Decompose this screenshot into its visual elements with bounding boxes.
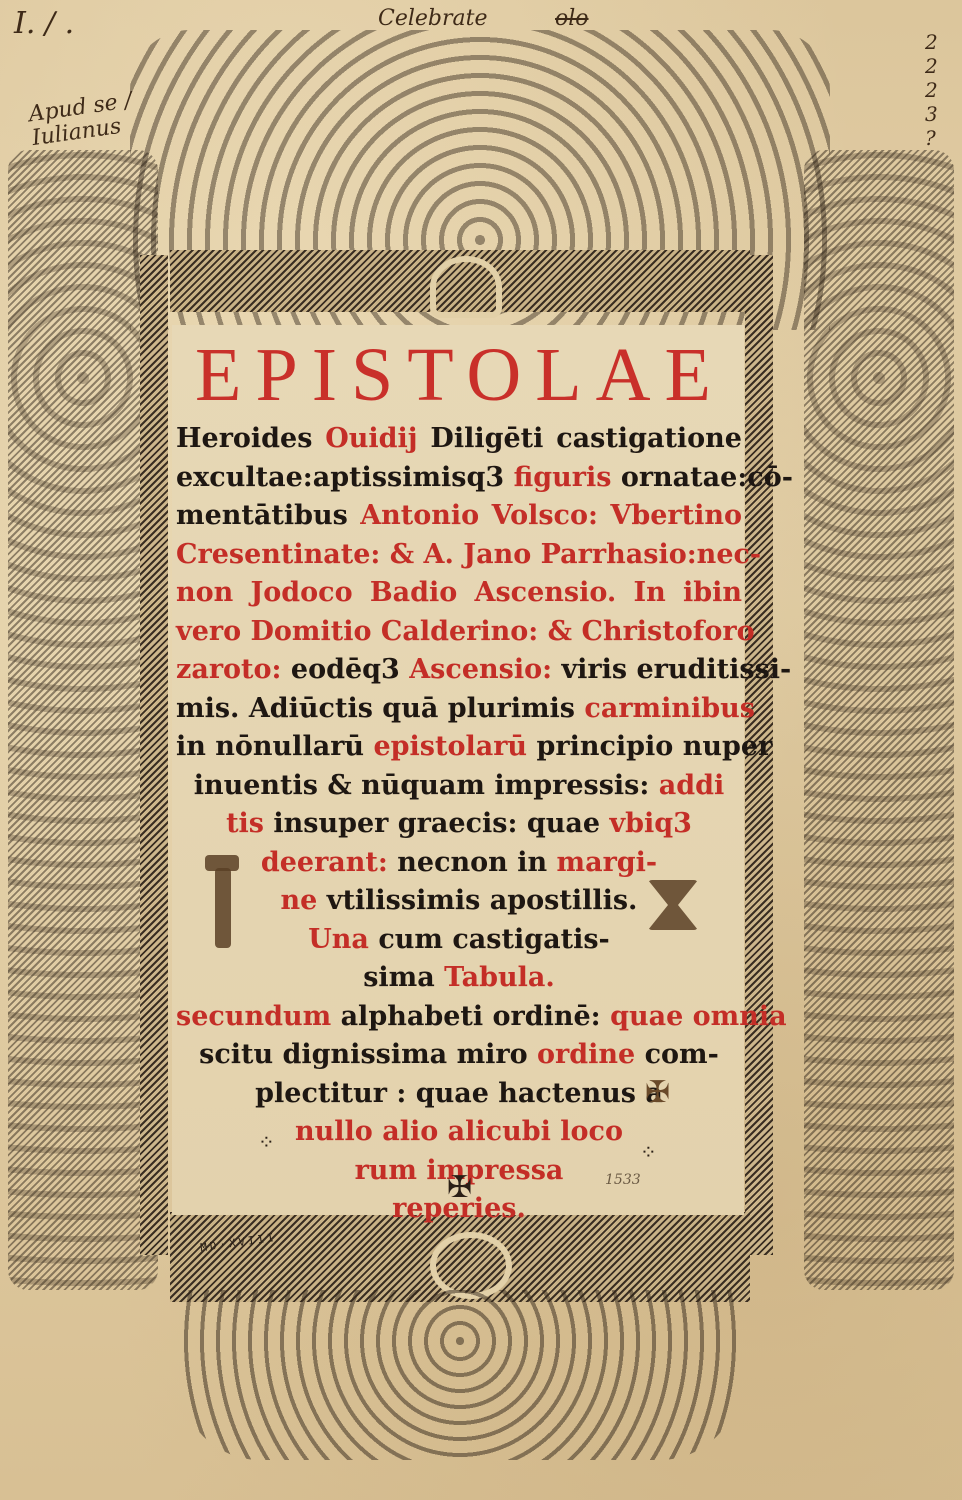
handwritten-mark-top-left: I. / . [14,6,74,41]
cross-pattee-mark-icon: ✠ [447,1170,472,1205]
black-text: plectitur : quae hactenus a [255,1078,663,1109]
black-text: sima [363,962,444,993]
fleur-ornament [430,256,502,318]
text-line: mentātibus Antonio Volsco: Vbertino [176,497,742,536]
ink-stain-left [215,868,231,948]
rubricated-text: carminibus [584,693,755,724]
cross-mark-icon: ✠ [645,1075,670,1110]
black-text: insuper graecis: quae [273,808,609,839]
text-line: zaroto: eodēq3 Ascensio: viris eruditiss… [176,651,742,690]
black-text: mentātibus [176,500,360,531]
woodcut-pillar-left [140,255,168,1255]
rubricated-text: zaroto: [176,654,291,685]
text-line: non Jodoco Badio Ascensio. In ibin [176,574,742,613]
black-text: in nōnullarū [176,731,373,762]
black-text: principio nuper [536,731,772,762]
text-line: mis. Adiūctis quā plurimis carminibus [176,690,742,729]
page-title: EPISTOLAE [180,330,740,420]
rubricated-text: margi- [557,847,658,878]
rubricated-text: ordine [537,1039,645,1070]
black-text: vtilissimis apostillis. [327,885,638,916]
text-line: deerant: necnon in margi- [176,844,742,883]
rubricated-text: epistolarū [373,731,536,762]
text-line: excultae:aptissimisq3 figuris ornatae:cō… [176,459,742,498]
black-text: cum castigatis- [378,924,609,955]
text-line: inuentis & nūquam impressis: addi [176,767,742,806]
black-text: scitu dignissima miro [199,1039,537,1070]
rubricated-text: vbiq3 [609,808,692,839]
handwritten-struck-note: olo [555,6,589,31]
black-text: necnon in [397,847,556,878]
rubricated-text: Tabula. [444,962,555,993]
text-line: Heroides Ouidij Diligēti castigatione [176,420,742,459]
black-text: alphabeti ordinē: [341,1001,611,1032]
black-text: Diligēti castigatione [430,423,742,454]
handwritten-margin-numbers: 2 2 2 3 ? [925,30,945,150]
black-text: viris eruditissi- [561,654,791,685]
woodcut-border-right [804,150,954,1290]
rubricated-text: Ascensio: [409,654,561,685]
rubricated-text: Ouidij [325,423,430,454]
black-text: excultae:aptissimisq3 [176,462,514,493]
rubricated-text: addi [659,770,725,801]
rubricated-text: vero Domitio Calderino: & Christoforo [176,616,755,647]
black-text: com- [645,1039,719,1070]
black-text: inuentis & nūquam impressis: [194,770,659,801]
text-line: Cresentinate: & A. Jano Parrhasio:nec- [176,536,742,575]
rubricated-text: non Jodoco Badio Ascensio. In ibin [176,577,742,608]
rubricated-text: nullo alio alicubi loco [295,1116,623,1147]
black-text: ornatae:cō- [621,462,793,493]
rubricated-text: ne [281,885,327,916]
dot-cluster-right-icon: ⁘ [640,1140,659,1164]
rubricated-text: Una [308,924,378,955]
text-line: scitu dignissima miro ordine com- [176,1036,742,1075]
rubricated-text: quae omnia [610,1001,787,1032]
woodcut-header-panel [170,250,750,312]
text-line: vero Domitio Calderino: & Christoforo [176,613,742,652]
rubricated-text: deerant: [261,847,397,878]
rubricated-text: secundum [176,1001,341,1032]
text-line: secundum alphabeti ordinē: quae omnia [176,998,742,1037]
fleur-ornament [430,1232,512,1299]
black-text: mis. Adiūctis quā plurimis [176,693,584,724]
black-text: eodēq3 [291,654,409,685]
scanned-title-page: MD·XVIII EPISTOLAE Heroides Ouidij Dilig… [0,0,962,1500]
rubricated-text: Antonio Volsco: Vbertino [360,500,742,531]
text-line: sima Tabula. [176,959,742,998]
rubricated-text: figuris [514,462,621,493]
woodcut-border-left [8,150,158,1290]
handwritten-note-top: Celebrate [378,6,487,31]
black-text: Heroides [176,423,325,454]
dot-cluster-left-icon: ⁘ [258,1130,277,1154]
rubricated-text: Cresentinate: & A. Jano Parrhasio:nec- [176,539,761,570]
text-line: in nōnullarū epistolarū principio nuper [176,728,742,767]
handwritten-date: 1533 [605,1172,641,1188]
text-line: tis insuper graecis: quae vbiq3 [176,805,742,844]
rubricated-text: tis [226,808,273,839]
woodcut-border-bottom [180,1290,740,1460]
